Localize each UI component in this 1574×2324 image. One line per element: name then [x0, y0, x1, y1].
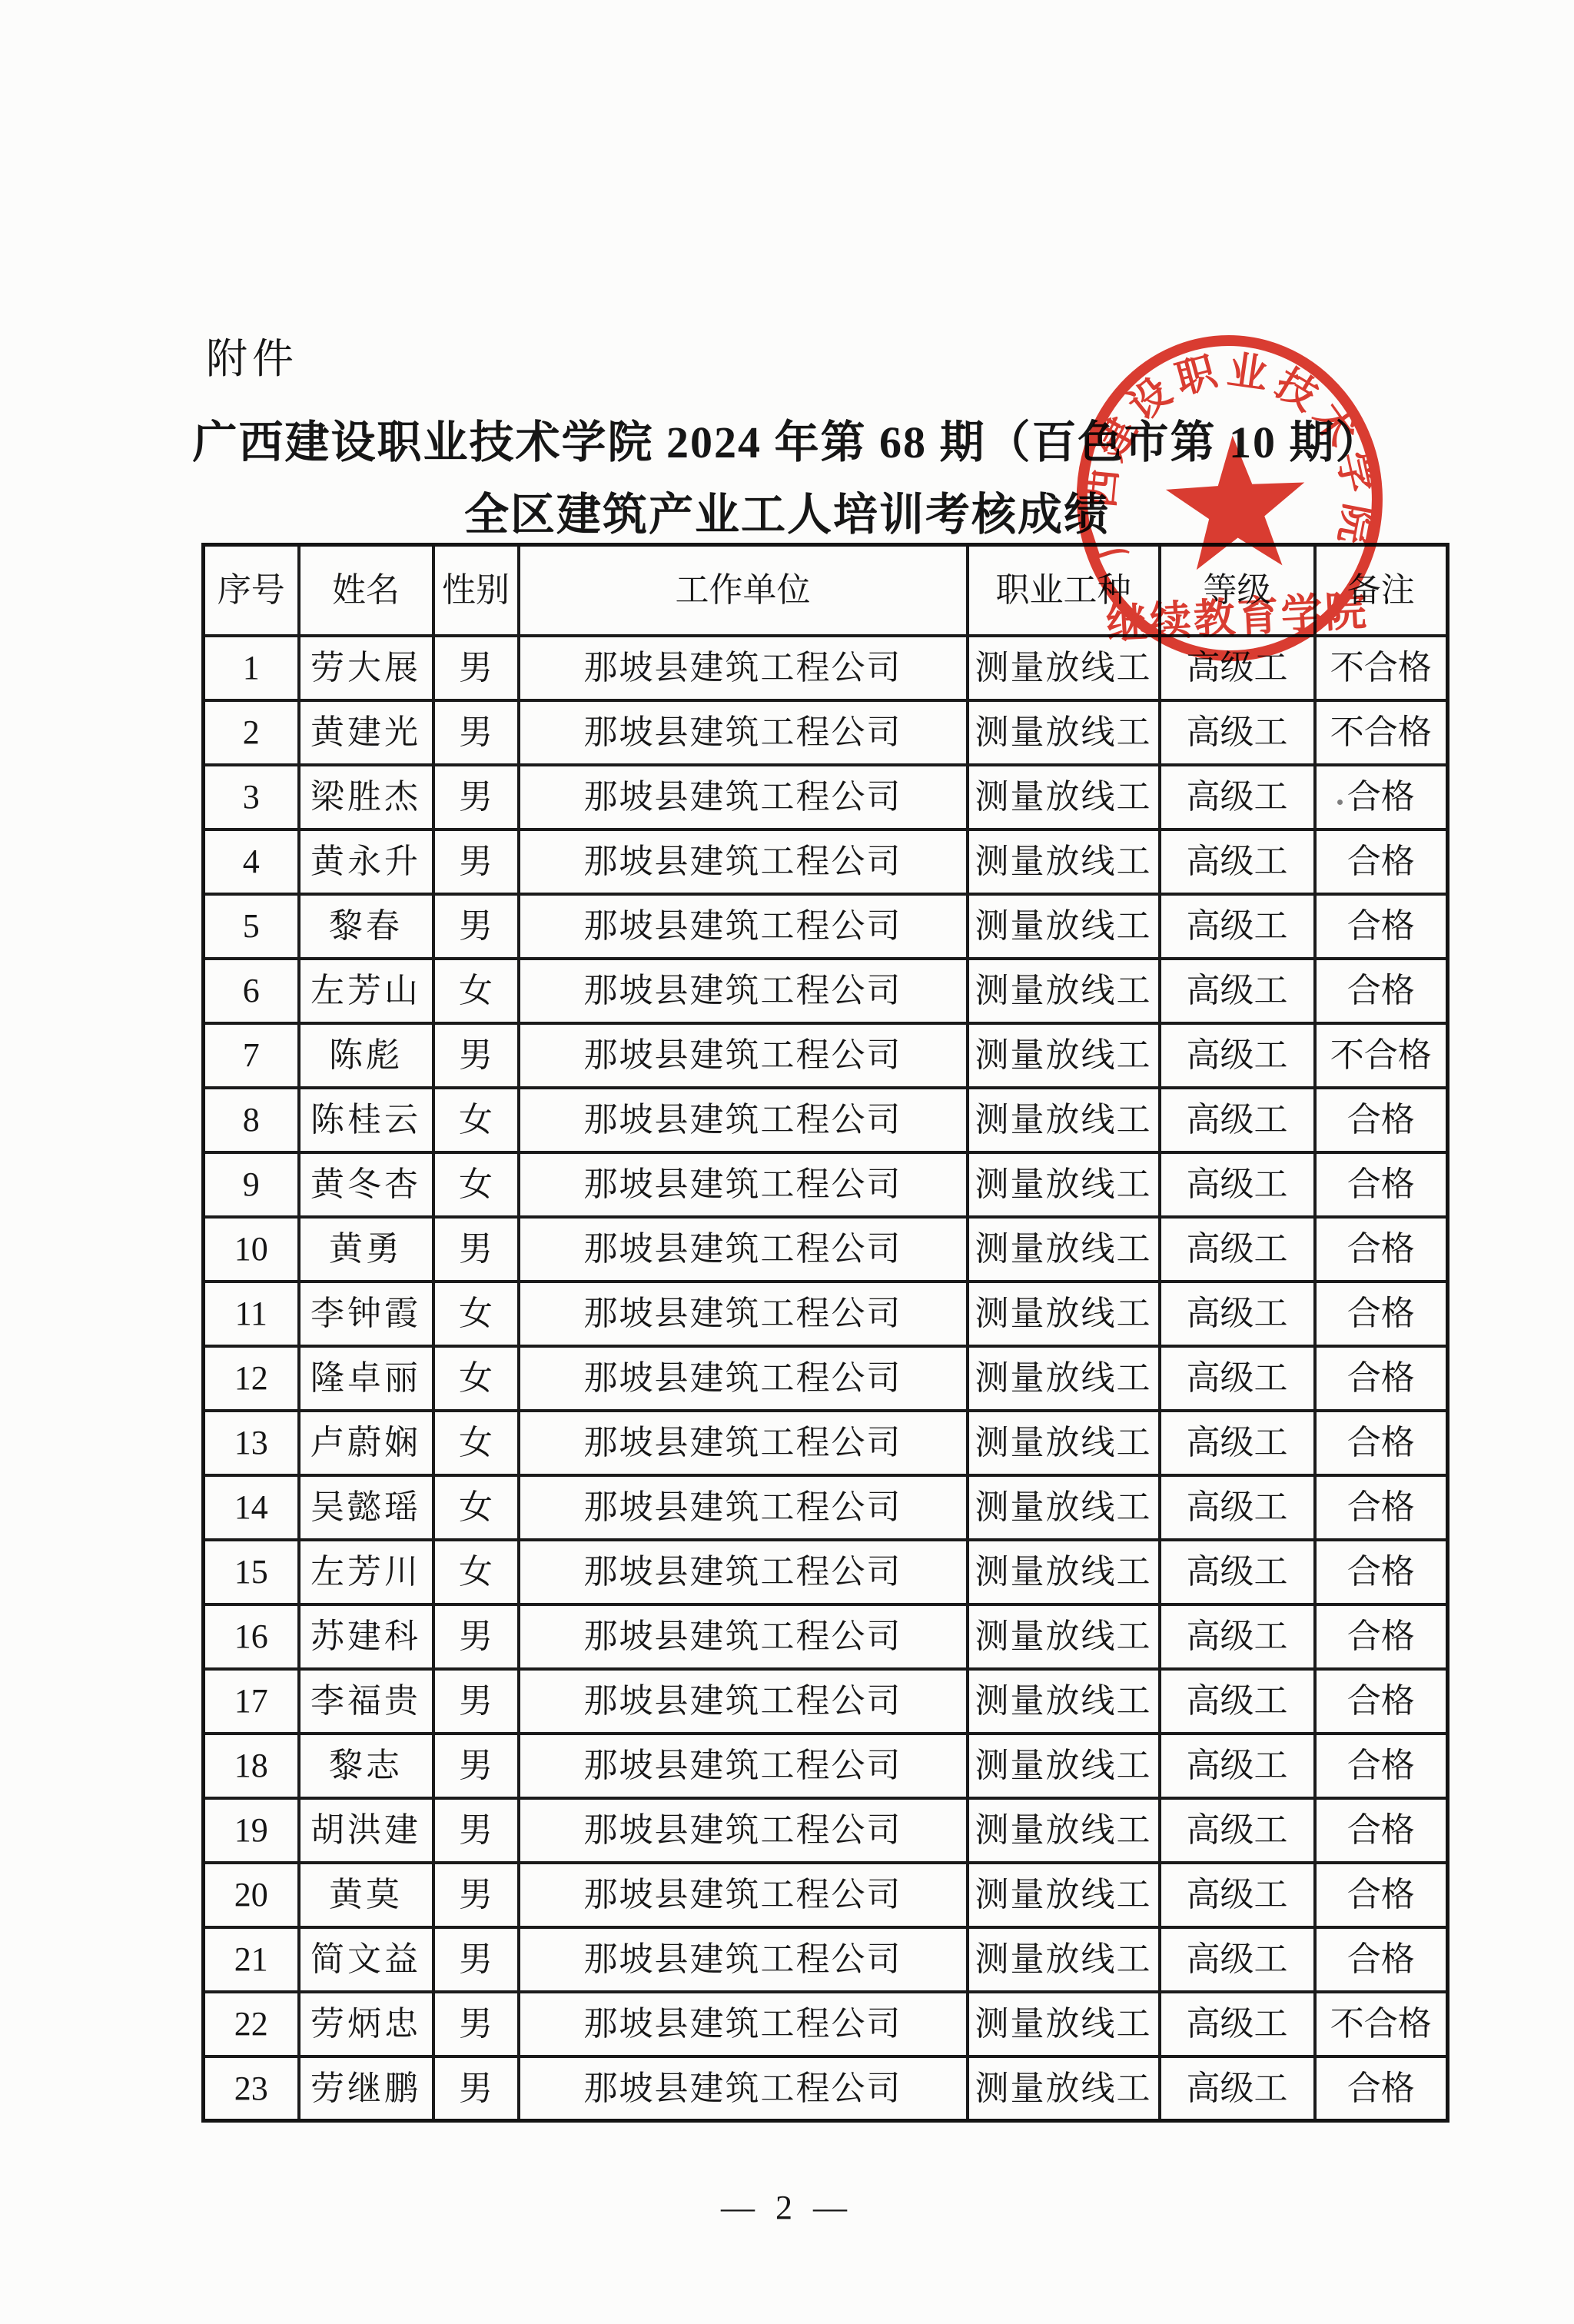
- cell-trade: 测量放线工: [968, 636, 1160, 700]
- header-index: 序号: [204, 545, 299, 636]
- document-title-line1: 广西建设职业技术学院 2024 年第 68 期（百色市第 10 期）: [0, 406, 1574, 470]
- cell-employer: 那坡县建筑工程公司: [519, 1088, 968, 1152]
- cell-gender: 女: [433, 1088, 519, 1152]
- cell-name: 劳大展: [299, 636, 433, 700]
- cell-gender: 男: [433, 700, 519, 765]
- cell-trade: 测量放线工: [968, 1798, 1160, 1863]
- cell-index: 14: [204, 1475, 299, 1540]
- table-row: 20黄莫男那坡县建筑工程公司测量放线工高级工合格: [204, 1863, 1448, 1927]
- cell-gender: 男: [433, 894, 519, 959]
- header-row: 序号 姓名 性别 工作单位 职业工种 等级 备注: [204, 545, 1448, 636]
- cell-grade: 高级工: [1160, 1282, 1315, 1346]
- cell-employer: 那坡县建筑工程公司: [519, 765, 968, 830]
- cell-trade: 测量放线工: [968, 959, 1160, 1023]
- cell-name: 陈彪: [299, 1023, 433, 1088]
- header-employer: 工作单位: [519, 545, 968, 636]
- results-table-body: 1劳大展男那坡县建筑工程公司测量放线工高级工不合格2黄建光男那坡县建筑工程公司测…: [204, 636, 1448, 2121]
- table-row: 23劳继鹏男那坡县建筑工程公司测量放线工高级工合格: [204, 2056, 1448, 2121]
- cell-gender: 女: [433, 1152, 519, 1217]
- cell-remark: 合格: [1315, 1540, 1448, 1604]
- cell-name: 梁胜杰: [299, 765, 433, 830]
- cell-name: 陈桂云: [299, 1088, 433, 1152]
- cell-employer: 那坡县建筑工程公司: [519, 1927, 968, 1992]
- cell-gender: 男: [433, 636, 519, 700]
- cell-grade: 高级工: [1160, 1217, 1315, 1282]
- cell-index: 12: [204, 1346, 299, 1411]
- cell-gender: 男: [433, 1798, 519, 1863]
- cell-index: 2: [204, 700, 299, 765]
- table-row: 19胡洪建男那坡县建筑工程公司测量放线工高级工合格: [204, 1798, 1448, 1863]
- cell-trade: 测量放线工: [968, 2056, 1160, 2121]
- cell-employer: 那坡县建筑工程公司: [519, 1475, 968, 1540]
- document-title-line2: 全区建筑产业工人培训考核成绩: [0, 478, 1574, 543]
- table-row: 12隆卓丽女那坡县建筑工程公司测量放线工高级工合格: [204, 1346, 1448, 1411]
- cell-index: 13: [204, 1411, 299, 1475]
- cell-remark: 合格: [1315, 1604, 1448, 1669]
- cell-remark: 不合格: [1315, 700, 1448, 765]
- cell-name: 左芳山: [299, 959, 433, 1023]
- cell-name: 劳继鹏: [299, 2056, 433, 2121]
- cell-grade: 高级工: [1160, 1346, 1315, 1411]
- cell-index: 23: [204, 2056, 299, 2121]
- cell-grade: 高级工: [1160, 1992, 1315, 2056]
- cell-gender: 女: [433, 1411, 519, 1475]
- cell-index: 20: [204, 1863, 299, 1927]
- header-remark: 备注: [1315, 545, 1448, 636]
- cell-trade: 测量放线工: [968, 1863, 1160, 1927]
- cell-employer: 那坡县建筑工程公司: [519, 1992, 968, 2056]
- cell-trade: 测量放线工: [968, 1088, 1160, 1152]
- cell-index: 7: [204, 1023, 299, 1088]
- cell-remark: 合格: [1315, 1088, 1448, 1152]
- cell-remark: 合格: [1315, 1927, 1448, 1992]
- table-row: 2黄建光男那坡县建筑工程公司测量放线工高级工不合格: [204, 700, 1448, 765]
- cell-employer: 那坡县建筑工程公司: [519, 1604, 968, 1669]
- cell-employer: 那坡县建筑工程公司: [519, 1540, 968, 1604]
- cell-trade: 测量放线工: [968, 1346, 1160, 1411]
- results-table: 序号 姓名 性别 工作单位 职业工种 等级 备注 1劳大展男那坡县建筑工程公司测…: [201, 543, 1449, 2123]
- table-row: 4黄永升男那坡县建筑工程公司测量放线工高级工合格: [204, 830, 1448, 894]
- cell-employer: 那坡县建筑工程公司: [519, 1863, 968, 1927]
- cell-remark: 合格: [1315, 1346, 1448, 1411]
- cell-employer: 那坡县建筑工程公司: [519, 700, 968, 765]
- cell-name: 隆卓丽: [299, 1346, 433, 1411]
- ink-speck: [1337, 800, 1343, 805]
- cell-employer: 那坡县建筑工程公司: [519, 830, 968, 894]
- cell-gender: 男: [433, 765, 519, 830]
- header-gender: 性别: [433, 545, 519, 636]
- cell-gender: 男: [433, 1734, 519, 1798]
- cell-name: 苏建科: [299, 1604, 433, 1669]
- results-table-container: 序号 姓名 性别 工作单位 职业工种 等级 备注 1劳大展男那坡县建筑工程公司测…: [201, 543, 1449, 2123]
- cell-employer: 那坡县建筑工程公司: [519, 1217, 968, 1282]
- cell-gender: 女: [433, 1540, 519, 1604]
- header-grade: 等级: [1160, 545, 1315, 636]
- table-row: 22劳炳忠男那坡县建筑工程公司测量放线工高级工不合格: [204, 1992, 1448, 2056]
- cell-employer: 那坡县建筑工程公司: [519, 959, 968, 1023]
- cell-remark: 合格: [1315, 1475, 1448, 1540]
- cell-remark: 合格: [1315, 1798, 1448, 1863]
- cell-grade: 高级工: [1160, 959, 1315, 1023]
- cell-grade: 高级工: [1160, 2056, 1315, 2121]
- cell-name: 吴懿瑶: [299, 1475, 433, 1540]
- cell-grade: 高级工: [1160, 1475, 1315, 1540]
- cell-grade: 高级工: [1160, 1863, 1315, 1927]
- cell-name: 黄冬杏: [299, 1152, 433, 1217]
- header-name: 姓名: [299, 545, 433, 636]
- cell-grade: 高级工: [1160, 1604, 1315, 1669]
- scanned-document-page: { "page": { "attachment_label": "附件", "t…: [0, 0, 1574, 2324]
- cell-grade: 高级工: [1160, 1088, 1315, 1152]
- cell-employer: 那坡县建筑工程公司: [519, 1152, 968, 1217]
- table-row: 11李钟霞女那坡县建筑工程公司测量放线工高级工合格: [204, 1282, 1448, 1346]
- cell-employer: 那坡县建筑工程公司: [519, 1346, 968, 1411]
- cell-name: 黄永升: [299, 830, 433, 894]
- cell-index: 10: [204, 1217, 299, 1282]
- cell-gender: 女: [433, 1282, 519, 1346]
- cell-remark: 合格: [1315, 830, 1448, 894]
- cell-employer: 那坡县建筑工程公司: [519, 636, 968, 700]
- cell-index: 18: [204, 1734, 299, 1798]
- cell-index: 9: [204, 1152, 299, 1217]
- cell-trade: 测量放线工: [968, 1540, 1160, 1604]
- cell-trade: 测量放线工: [968, 1152, 1160, 1217]
- cell-index: 6: [204, 959, 299, 1023]
- cell-remark: 合格: [1315, 894, 1448, 959]
- cell-remark: 合格: [1315, 1734, 1448, 1798]
- cell-grade: 高级工: [1160, 1023, 1315, 1088]
- cell-name: 黎春: [299, 894, 433, 959]
- cell-index: 1: [204, 636, 299, 700]
- cell-name: 黎志: [299, 1734, 433, 1798]
- cell-remark: 不合格: [1315, 1992, 1448, 2056]
- cell-grade: 高级工: [1160, 1411, 1315, 1475]
- cell-trade: 测量放线工: [968, 1475, 1160, 1540]
- cell-index: 22: [204, 1992, 299, 2056]
- cell-remark: 合格: [1315, 1863, 1448, 1927]
- cell-employer: 那坡县建筑工程公司: [519, 1282, 968, 1346]
- cell-grade: 高级工: [1160, 1540, 1315, 1604]
- cell-index: 11: [204, 1282, 299, 1346]
- cell-trade: 测量放线工: [968, 1023, 1160, 1088]
- cell-trade: 测量放线工: [968, 1669, 1160, 1734]
- cell-grade: 高级工: [1160, 765, 1315, 830]
- table-row: 16苏建科男那坡县建筑工程公司测量放线工高级工合格: [204, 1604, 1448, 1669]
- cell-gender: 男: [433, 2056, 519, 2121]
- table-row: 10黄勇男那坡县建筑工程公司测量放线工高级工合格: [204, 1217, 1448, 1282]
- cell-employer: 那坡县建筑工程公司: [519, 1669, 968, 1734]
- cell-gender: 男: [433, 1023, 519, 1088]
- cell-remark: 合格: [1315, 1282, 1448, 1346]
- cell-remark: 合格: [1315, 2056, 1448, 2121]
- cell-trade: 测量放线工: [968, 1992, 1160, 2056]
- cell-gender: 男: [433, 1217, 519, 1282]
- cell-name: 劳炳忠: [299, 1992, 433, 2056]
- cell-remark: 合格: [1315, 1669, 1448, 1734]
- table-row: 7陈彪男那坡县建筑工程公司测量放线工高级工不合格: [204, 1023, 1448, 1088]
- cell-name: 左芳川: [299, 1540, 433, 1604]
- table-row: 17李福贵男那坡县建筑工程公司测量放线工高级工合格: [204, 1669, 1448, 1734]
- table-row: 13卢蔚娴女那坡县建筑工程公司测量放线工高级工合格: [204, 1411, 1448, 1475]
- cell-remark: 合格: [1315, 1411, 1448, 1475]
- cell-trade: 测量放线工: [968, 765, 1160, 830]
- cell-index: 4: [204, 830, 299, 894]
- cell-grade: 高级工: [1160, 830, 1315, 894]
- cell-remark: 合格: [1315, 959, 1448, 1023]
- cell-grade: 高级工: [1160, 700, 1315, 765]
- cell-name: 简文益: [299, 1927, 433, 1992]
- cell-trade: 测量放线工: [968, 1927, 1160, 1992]
- cell-gender: 男: [433, 1927, 519, 1992]
- table-row: 6左芳山女那坡县建筑工程公司测量放线工高级工合格: [204, 959, 1448, 1023]
- header-trade: 职业工种: [968, 545, 1160, 636]
- cell-grade: 高级工: [1160, 1927, 1315, 1992]
- cell-gender: 男: [433, 830, 519, 894]
- cell-name: 卢蔚娴: [299, 1411, 433, 1475]
- cell-trade: 测量放线工: [968, 1217, 1160, 1282]
- cell-grade: 高级工: [1160, 1669, 1315, 1734]
- cell-remark: 合格: [1315, 765, 1448, 830]
- cell-trade: 测量放线工: [968, 1734, 1160, 1798]
- table-row: 15左芳川女那坡县建筑工程公司测量放线工高级工合格: [204, 1540, 1448, 1604]
- cell-name: 李福贵: [299, 1669, 433, 1734]
- cell-index: 17: [204, 1669, 299, 1734]
- cell-name: 黄莫: [299, 1863, 433, 1927]
- cell-gender: 男: [433, 1604, 519, 1669]
- cell-name: 黄建光: [299, 700, 433, 765]
- cell-trade: 测量放线工: [968, 894, 1160, 959]
- cell-index: 15: [204, 1540, 299, 1604]
- cell-index: 3: [204, 765, 299, 830]
- cell-remark: 不合格: [1315, 636, 1448, 700]
- cell-index: 5: [204, 894, 299, 959]
- table-row: 18黎志男那坡县建筑工程公司测量放线工高级工合格: [204, 1734, 1448, 1798]
- cell-name: 胡洪建: [299, 1798, 433, 1863]
- cell-grade: 高级工: [1160, 636, 1315, 700]
- cell-grade: 高级工: [1160, 1798, 1315, 1863]
- cell-trade: 测量放线工: [968, 1604, 1160, 1669]
- cell-employer: 那坡县建筑工程公司: [519, 1798, 968, 1863]
- cell-grade: 高级工: [1160, 1734, 1315, 1798]
- cell-gender: 女: [433, 1475, 519, 1540]
- cell-gender: 女: [433, 959, 519, 1023]
- cell-trade: 测量放线工: [968, 1411, 1160, 1475]
- cell-trade: 测量放线工: [968, 830, 1160, 894]
- cell-employer: 那坡县建筑工程公司: [519, 2056, 968, 2121]
- cell-index: 8: [204, 1088, 299, 1152]
- cell-employer: 那坡县建筑工程公司: [519, 894, 968, 959]
- table-row: 21简文益男那坡县建筑工程公司测量放线工高级工合格: [204, 1927, 1448, 1992]
- cell-employer: 那坡县建筑工程公司: [519, 1023, 968, 1088]
- cell-index: 16: [204, 1604, 299, 1669]
- cell-name: 李钟霞: [299, 1282, 433, 1346]
- table-row: 1劳大展男那坡县建筑工程公司测量放线工高级工不合格: [204, 636, 1448, 700]
- table-row: 9黄冬杏女那坡县建筑工程公司测量放线工高级工合格: [204, 1152, 1448, 1217]
- table-row: 5黎春男那坡县建筑工程公司测量放线工高级工合格: [204, 894, 1448, 959]
- attachment-label: 附件: [206, 326, 298, 385]
- cell-gender: 女: [433, 1346, 519, 1411]
- cell-index: 19: [204, 1798, 299, 1863]
- table-row: 3梁胜杰男那坡县建筑工程公司测量放线工高级工合格: [204, 765, 1448, 830]
- table-header: 序号 姓名 性别 工作单位 职业工种 等级 备注: [204, 545, 1448, 636]
- cell-index: 21: [204, 1927, 299, 1992]
- cell-gender: 男: [433, 1669, 519, 1734]
- cell-grade: 高级工: [1160, 894, 1315, 959]
- cell-trade: 测量放线工: [968, 700, 1160, 765]
- cell-trade: 测量放线工: [968, 1282, 1160, 1346]
- cell-remark: 合格: [1315, 1152, 1448, 1217]
- cell-remark: 合格: [1315, 1217, 1448, 1282]
- cell-gender: 男: [433, 1992, 519, 2056]
- cell-grade: 高级工: [1160, 1152, 1315, 1217]
- cell-employer: 那坡县建筑工程公司: [519, 1411, 968, 1475]
- cell-gender: 男: [433, 1863, 519, 1927]
- cell-remark: 不合格: [1315, 1023, 1448, 1088]
- cell-name: 黄勇: [299, 1217, 433, 1282]
- cell-employer: 那坡县建筑工程公司: [519, 1734, 968, 1798]
- table-row: 14吴懿瑶女那坡县建筑工程公司测量放线工高级工合格: [204, 1475, 1448, 1540]
- page-number: — 2 —: [0, 2188, 1574, 2227]
- table-row: 8陈桂云女那坡县建筑工程公司测量放线工高级工合格: [204, 1088, 1448, 1152]
